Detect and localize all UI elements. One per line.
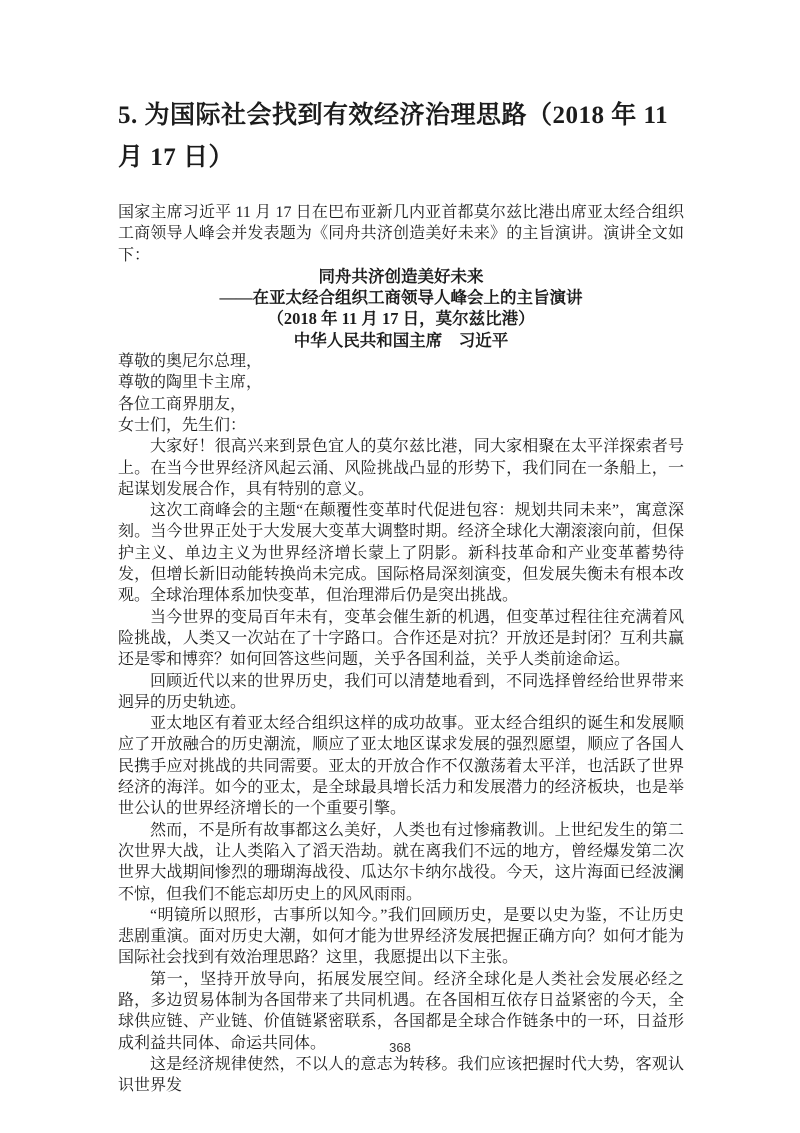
document-title: 5. 为国际社会找到有效经济治理思路（2018 年 11 月 17 日） xyxy=(118,95,684,179)
salutation-ladies-gentlemen: 女士们，先生们： xyxy=(118,415,684,436)
body-paragraph-summit-theme: 这次工商峰会的主题“在颠覆性变革时代促进包容：规划共同未来”，寓意深刻。当今世界… xyxy=(118,500,684,606)
body-paragraph-history-review: 回顾近代以来的世界历史，我们可以清楚地看到，不同选择曾经给世界带来迥异的历史轨迹… xyxy=(118,671,684,714)
speech-date-location: （2018 年 11 月 17 日，莫尔兹比港） xyxy=(118,308,684,329)
salutation-business-friends: 各位工商界朋友， xyxy=(118,394,684,415)
speech-speaker: 中华人民共和国主席 习近平 xyxy=(118,330,684,351)
page-number: 368 xyxy=(0,1040,800,1055)
body-paragraph-ww2-lesson: 然而，不是所有故事都这么美好，人类也有过惨痛教训。上世纪发生的第二次世界大战，让… xyxy=(118,820,684,905)
speech-title: 同舟共济创造美好未来 xyxy=(118,266,684,287)
document-page: 5. 为国际社会找到有效经济治理思路（2018 年 11 月 17 日） 国家主… xyxy=(0,0,800,1133)
body-paragraph-economic-law: 这是经济规律使然，不以人的意志为转移。我们应该把握时代大势，客观认识世界发 xyxy=(118,1054,684,1097)
salutation-premier: 尊敬的奥尼尔总理， xyxy=(118,351,684,372)
page-content: 5. 为国际社会找到有效经济治理思路（2018 年 11 月 17 日） 国家主… xyxy=(118,95,684,1096)
body-paragraph-crossroads: 当今世界的变局百年未有，变革会催生新的机遇，但变革过程往往充满着风险挑战，人类又… xyxy=(118,607,684,671)
body-paragraph-greeting: 大家好！很高兴来到景色宜人的莫尔兹比港，同大家相聚在太平洋探索者号上。在当今世界… xyxy=(118,436,684,500)
speech-subtitle: ——在亚太经合组织工商领导人峰会上的主旨演讲 xyxy=(118,287,684,308)
salutation-chairman: 尊敬的陶里卡主席， xyxy=(118,372,684,393)
body-paragraph-mirror-quote: “明镜所以照形，古事所以知今。”我们回顾历史，是要以史为鉴，不让历史悲剧重演。面… xyxy=(118,905,684,969)
body-paragraph-apec-story: 亚太地区有着亚太经合组织这样的成功故事。亚太经合组织的诞生和发展顺应了开放融合的… xyxy=(118,713,684,819)
document-body: 国家主席习近平 11 月 17 日在巴布亚新几内亚首都莫尔兹比港出席亚太经合组织… xyxy=(118,202,684,1096)
intro-paragraph: 国家主席习近平 11 月 17 日在巴布亚新几内亚首都莫尔兹比港出席亚太经合组织… xyxy=(118,202,684,266)
